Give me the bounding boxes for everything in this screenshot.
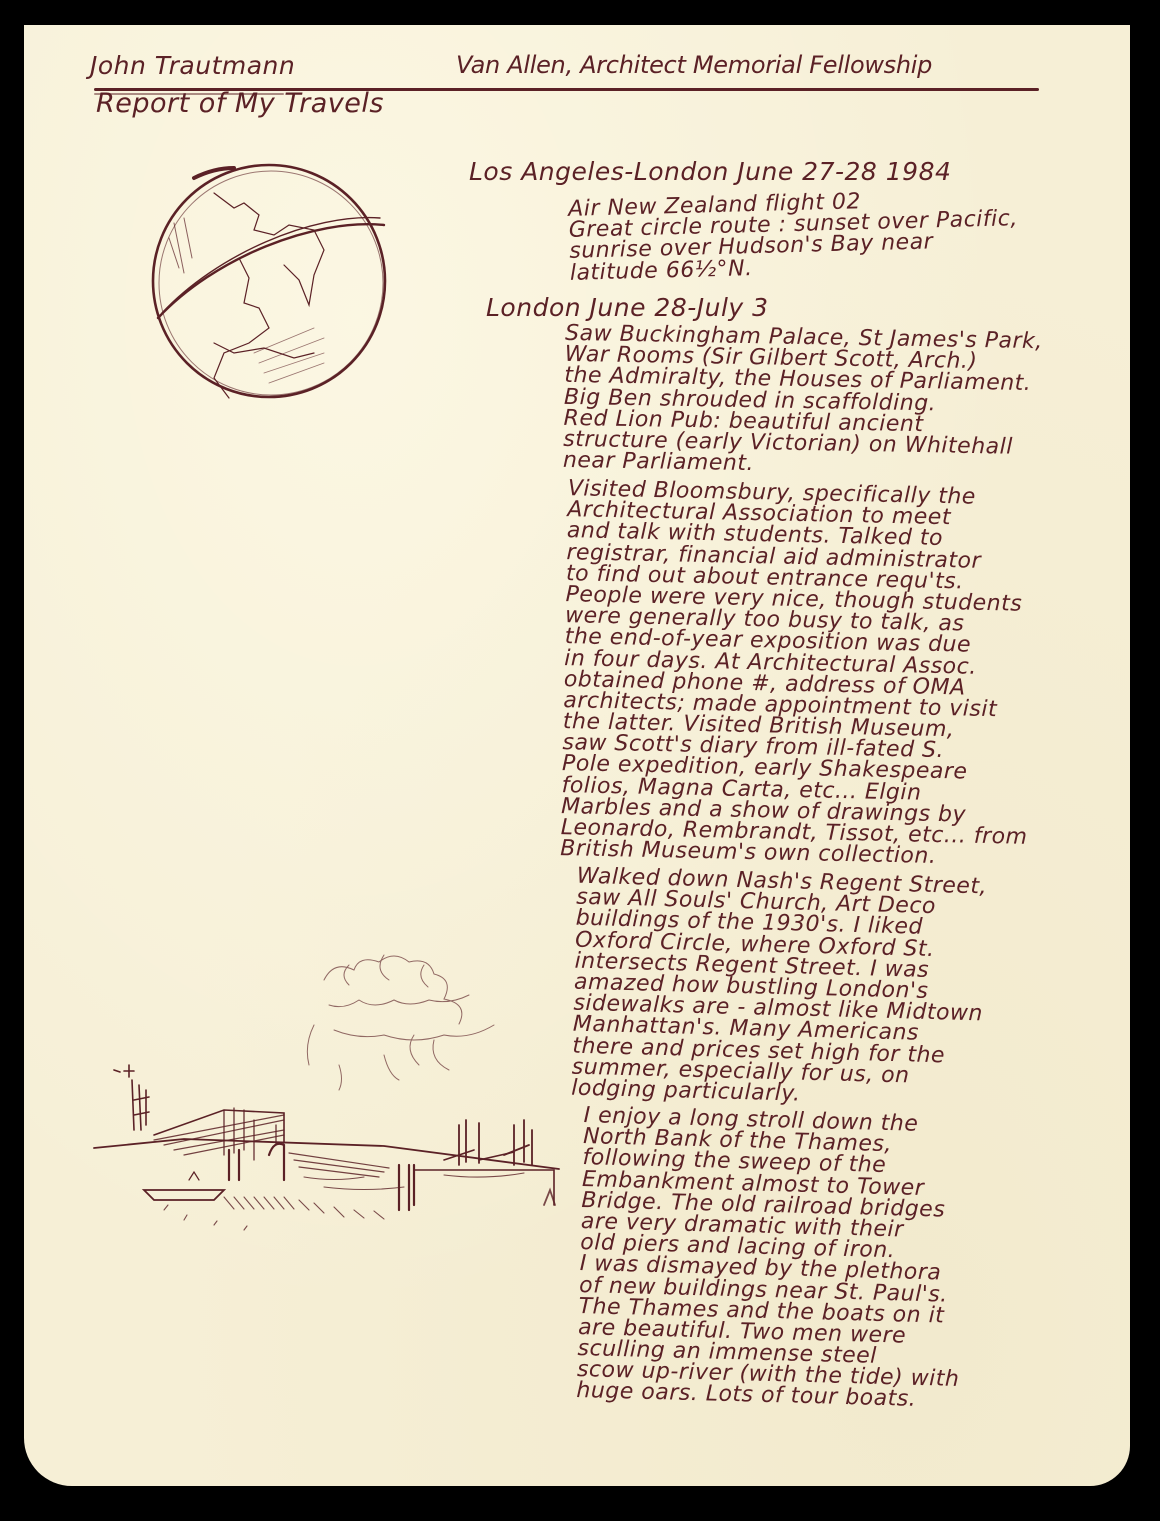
london-paragraph-2: Visited Bloomsbury, specifically the Arc… bbox=[560, 478, 1035, 869]
globe-sketch-icon bbox=[144, 163, 404, 423]
author-name: John Trautmann bbox=[90, 51, 295, 80]
fellowship-name: Van Allen, Architect Memorial Fellowship bbox=[456, 51, 932, 79]
london-paragraph-4: I enjoy a long stroll down the North Ban… bbox=[576, 1105, 966, 1412]
london-heading: London June 28-July 3 bbox=[486, 293, 769, 322]
bridge-sketch-icon bbox=[84, 925, 584, 1245]
report-title: Report of My Travels bbox=[96, 88, 384, 119]
flight-heading: Los Angeles-London June 27-28 1984 bbox=[469, 157, 951, 186]
flight-details: Air New Zealand flight 02 Great circle r… bbox=[568, 187, 1019, 283]
london-paragraph-3: Walked down Nash's Regent Street, saw Al… bbox=[571, 866, 987, 1110]
handwritten-page: John Trautmann Van Allen, Architect Memo… bbox=[24, 25, 1130, 1486]
london-paragraph-1: Saw Buckingham Palace, St James's Park, … bbox=[563, 323, 1043, 480]
